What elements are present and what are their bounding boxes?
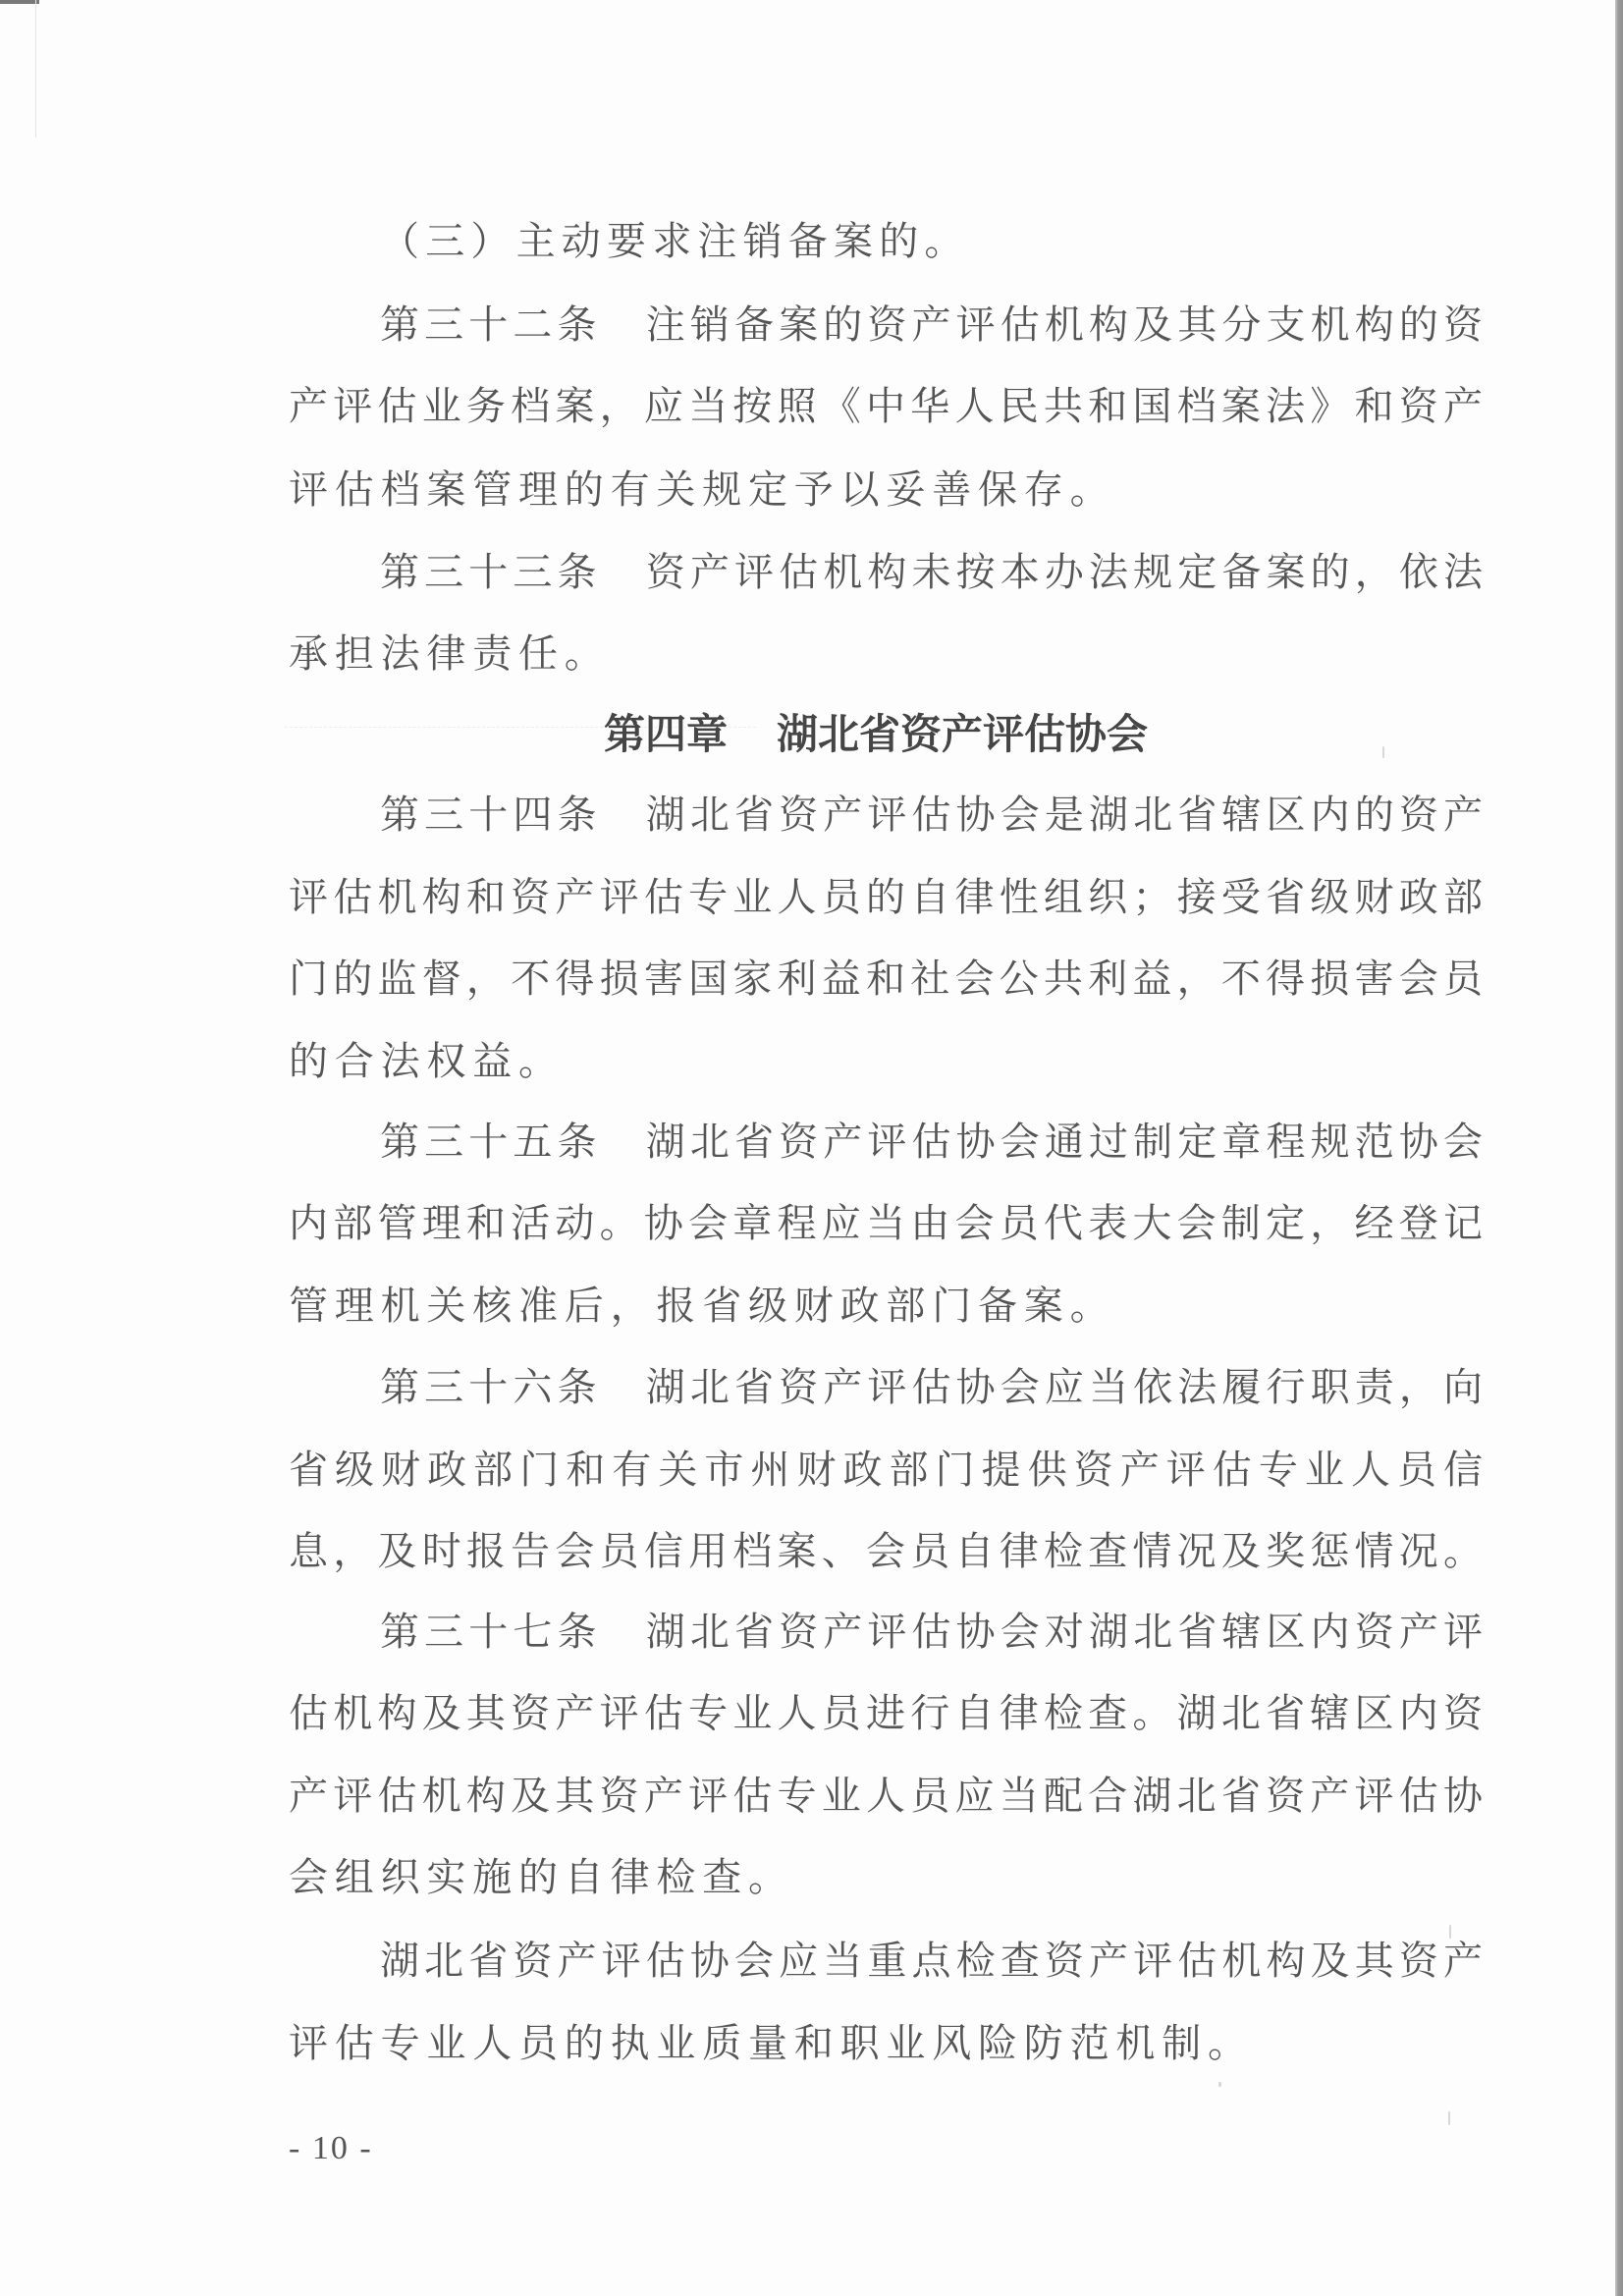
article-37-para2-line-1: 湖北省资产评估协会应当重点检查资产评估机构及其资产 (380, 1937, 1483, 1986)
chapter-title: 湖北省资产评估协会 (777, 710, 1148, 758)
article-34-line-1: 第三十四条 湖北省资产评估协会是湖北省辖区内的资产 (380, 791, 1483, 840)
article-37-line-2: 估机构及其资产评估专业人员进行自律检查。湖北省辖区内资 (289, 1689, 1483, 1738)
article-35-line-1: 第三十五条 湖北省资产评估协会通过制定章程规范协会 (380, 1118, 1483, 1167)
article-33-line-2: 承担法律责任。 (289, 629, 611, 679)
article-37-line-3: 产评估机构及其资产评估专业人员应当配合湖北省资产评估协 (289, 1772, 1483, 1821)
article-34-line-2: 评估机构和资产评估专业人员的自律性组织；接受省级财政部 (289, 873, 1483, 922)
article-37-para2-line-2: 评估专业人员的执业质量和职业风险防范机制。 (289, 2019, 1254, 2068)
article-34-line-4: 的合法权益。 (289, 1037, 565, 1086)
chapter-heading: 第四章湖北省资产评估协会 (604, 710, 1148, 759)
scan-streak (35, 0, 36, 137)
article-35-line-3: 管理机关核准后，报省级财政部门备案。 (289, 1282, 1115, 1331)
article-32-line-1: 第三十二条 注销备案的资产评估机构及其分支机构的资 (380, 301, 1483, 350)
article-33-line-1: 第三十三条 资产评估机构未按本办法规定备案的，依法 (380, 548, 1483, 597)
article-35-line-2: 内部管理和活动。协会章程应当由会员代表大会制定，经登记 (289, 1199, 1483, 1248)
item-3-line: （三）主动要求注销备案的。 (380, 217, 970, 266)
scan-speck (1382, 746, 1384, 758)
article-37-line-4: 会组织实施的自律检查。 (289, 1853, 794, 1902)
scan-speck (1448, 2111, 1450, 2125)
article-32-line-2: 产评估业务档案，应当按照《中华人民共和国档案法》和资产 (289, 382, 1483, 431)
article-34-line-3: 门的监督，不得损害国家利益和社会公共利益，不得损害会员 (289, 955, 1483, 1004)
article-37-line-1: 第三十七条 湖北省资产评估协会对湖北省辖区内资产评 (380, 1608, 1483, 1657)
chapter-number: 第四章 (604, 710, 728, 758)
scan-border (1615, 0, 1623, 2296)
article-36-line-3: 息，及时报告会员信用档案、会员自律检查情况及奖惩情况。 (289, 1527, 1483, 1576)
article-32-line-3: 评估档案管理的有关规定予以妥善保存。 (289, 465, 1115, 515)
scan-speck (1449, 1925, 1451, 1939)
article-36-line-1: 第三十六条 湖北省资产评估协会应当依法履行职责，向 (380, 1363, 1483, 1412)
document-page: （三）主动要求注销备案的。 第三十二条 注销备案的资产评估机构及其分支机构的资 … (0, 0, 1623, 2296)
scan-mark (0, 0, 39, 4)
article-36-line-2: 省级财政部门和有关市州财政部门提供资产评估专业人员信 (289, 1446, 1483, 1495)
page-number: - 10 - (289, 2129, 373, 2168)
scan-speck (1218, 2082, 1221, 2087)
